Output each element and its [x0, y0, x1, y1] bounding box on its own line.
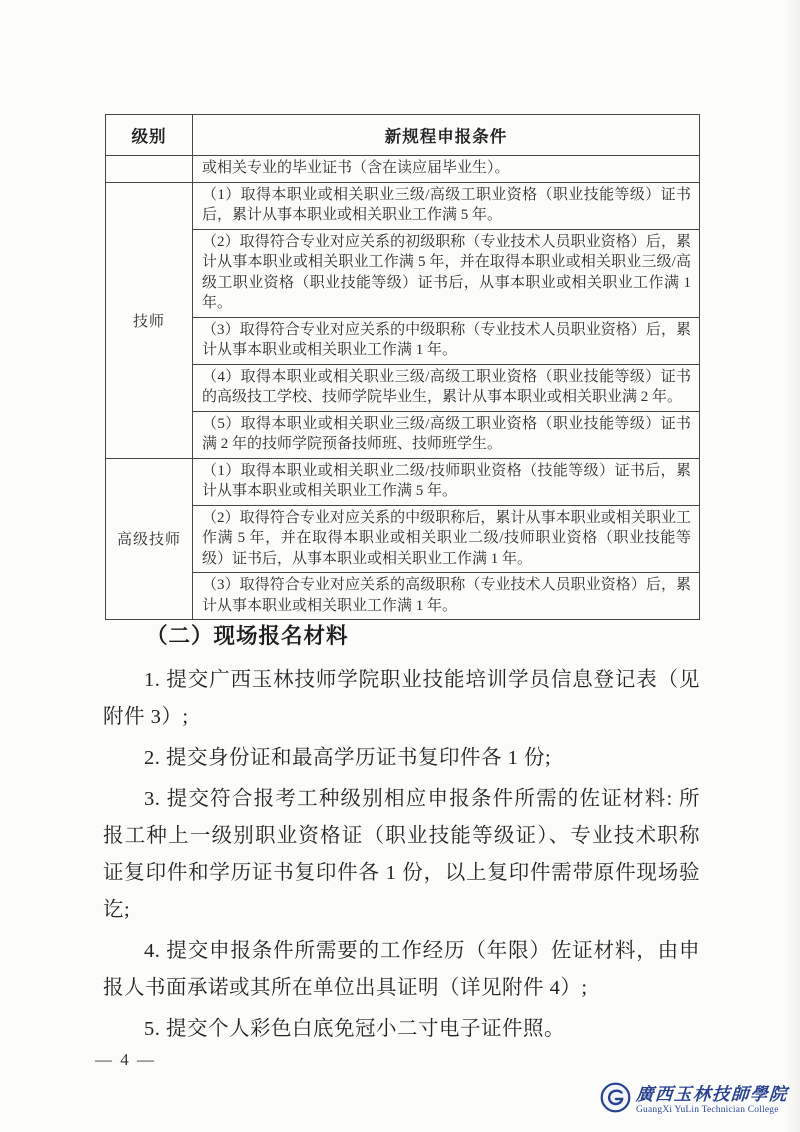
condition-cell: 或相关专业的毕业证书（含在读应届毕业生）。 — [193, 156, 700, 183]
table-row: （2）取得符合专业对应关系的初级职称（专业技术人员职业资格）后，累计从事本职业或… — [106, 229, 700, 317]
table-header-conditions: 新规程申报条件 — [193, 115, 700, 156]
page-number: — 4 — — [95, 1050, 156, 1070]
condition-cell: （2）取得符合专业对应关系的中级职称后，累计从事本职业或相关职业工作满 5 年，… — [193, 505, 700, 573]
level-cell: 技师 — [106, 182, 193, 458]
table-row: 高级技师（1）取得本职业或相关职业二级/技师职业资格（技能等级）证书后，累计从事… — [106, 458, 700, 505]
table-header-row: 级别 新规程申报条件 — [106, 115, 700, 156]
condition-cell: （3）取得符合专业对应关系的高级职称（专业技术人员职业资格）后，累计从事本职业或… — [193, 573, 700, 620]
body-paragraph: 5. 提交个人彩色白底免冠小二寸电子证件照。 — [103, 1011, 700, 1048]
condition-cell: （5）取得本职业或相关职业三级/高级工职业资格（职业技能等级）证书满 2 年的技… — [193, 411, 700, 458]
table-row: 或相关专业的毕业证书（含在读应届毕业生）。 — [106, 156, 700, 183]
table-row: 技师（1）取得本职业或相关职业三级/高级工职业资格（职业技能等级）证书后，累计从… — [106, 182, 700, 229]
level-cell: 高级技师 — [106, 458, 193, 620]
table-row: （3）取得符合专业对应关系的高级职称（专业技术人员职业资格）后，累计从事本职业或… — [106, 573, 700, 620]
condition-cell: （4）取得本职业或相关职业三级/高级工职业资格（职业技能等级）证书的高级技工学校… — [193, 364, 700, 411]
table-row: （2）取得符合专业对应关系的中级职称后，累计从事本职业或相关职业工作满 5 年，… — [106, 505, 700, 573]
condition-cell: （2）取得符合专业对应关系的初级职称（专业技术人员职业资格）后，累计从事本职业或… — [193, 229, 700, 317]
body-paragraphs: 1. 提交广西玉林技师学院职业技能培训学员信息登记表（见附件 3）;2. 提交身… — [103, 662, 700, 1048]
requirements-table: 级别 新规程申报条件 或相关专业的毕业证书（含在读应届毕业生）。技师（1）取得本… — [105, 114, 700, 620]
body-paragraph: 2. 提交身份证和最高学历证书复印件各 1 份; — [103, 740, 700, 777]
college-logo-text: 廣西玉林技師學院 GuangXi YuLin Technician Colleg… — [636, 1084, 788, 1116]
condition-cell: （3）取得符合专业对应关系的中级职称（专业技术人员职业资格）后，累计从事本职业或… — [193, 317, 700, 364]
body-text-section: （二）现场报名材料 1. 提交广西玉林技师学院职业技能培训学员信息登记表（见附件… — [103, 620, 700, 1052]
college-name-cn: 廣西玉林技師學院 — [635, 1084, 788, 1104]
table-row: （4）取得本职业或相关职业三级/高级工职业资格（职业技能等级）证书的高级技工学校… — [106, 364, 700, 411]
document-page: 级别 新规程申报条件 或相关专业的毕业证书（含在读应届毕业生）。技师（1）取得本… — [0, 0, 800, 1132]
table-row: （5）取得本职业或相关职业三级/高级工职业资格（职业技能等级）证书满 2 年的技… — [106, 411, 700, 458]
college-emblem-icon — [600, 1082, 631, 1118]
college-name-en: GuangXi YuLin Technician College — [636, 1104, 788, 1116]
body-paragraph: 4. 提交申报条件所需要的工作经历（年限）佐证材料，由申报人书面承诺或其所在单位… — [103, 933, 700, 1007]
college-logo: 廣西玉林技師學院 GuangXi YuLin Technician Colleg… — [600, 1082, 788, 1118]
table-header-level: 级别 — [106, 115, 193, 156]
level-cell — [106, 156, 193, 183]
section-heading: （二）现场报名材料 — [103, 620, 700, 652]
condition-cell: （1）取得本职业或相关职业二级/技师职业资格（技能等级）证书后，累计从事本职业或… — [193, 458, 700, 505]
body-paragraph: 3. 提交符合报考工种级别相应申报条件所需的佐证材料: 所报工种上一级别职业资格… — [103, 781, 700, 929]
condition-cell: （1）取得本职业或相关职业三级/高级工职业资格（职业技能等级）证书后，累计从事本… — [193, 182, 700, 229]
body-paragraph: 1. 提交广西玉林技师学院职业技能培训学员信息登记表（见附件 3）; — [103, 662, 700, 736]
table-row: （3）取得符合专业对应关系的中级职称（专业技术人员职业资格）后，累计从事本职业或… — [106, 317, 700, 364]
